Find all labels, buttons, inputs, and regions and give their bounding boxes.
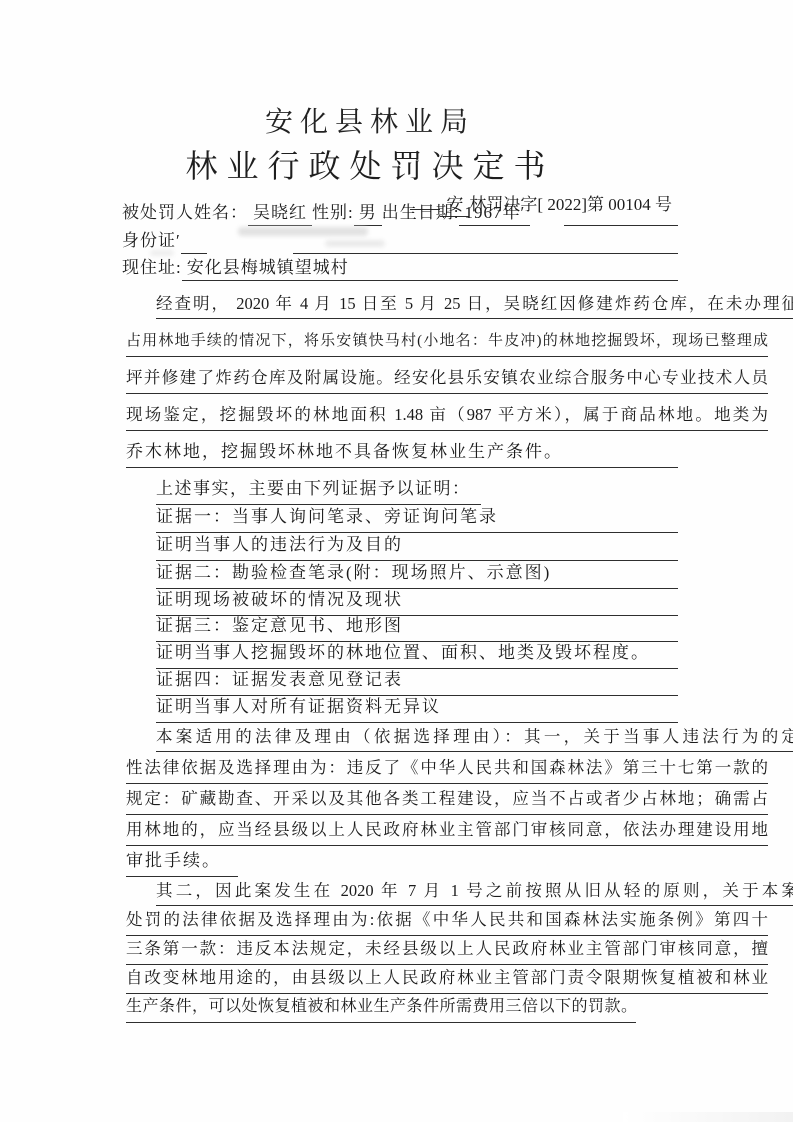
scanned-document-page: 安化县林业局 林业行政处罚决定书 安林罚决字[ 2022]第 00104 号 被…	[0, 0, 793, 1122]
name-value: 吴晓红	[248, 200, 312, 226]
penalized-person-row: 被处罚人姓名： 吴晓红 性别: 男 出生日期: 1967年′	[122, 200, 678, 226]
body-line: 证明当事人的违法行为及目的	[156, 530, 678, 561]
body-line: 占用林地手续的情况下，将乐安镇快马村(小地名：牛皮冲)的林地挖掘毁坏，现场已整理…	[126, 326, 768, 357]
dob-value: 1967年′	[459, 200, 530, 226]
body-line: 自改变林地用途的，由县级以上人民政府林业主管部门责令限期恢复植被和林业	[126, 963, 768, 994]
body-line: 乔木林地，挖掘毁坏林地不具备恢复林业生产条件。	[126, 437, 678, 468]
body-line: 处罚的法律依据及选择理由为:依据《中华人民共和国森林法实施条例》第四十	[126, 905, 768, 936]
erased-text-smudge	[325, 240, 385, 247]
gender-value: 男	[354, 200, 382, 226]
erased-text-smudge	[150, 250, 174, 256]
short-blank-underline	[181, 228, 207, 254]
address-value: 安化县梅城镇望城村	[182, 255, 678, 281]
scan-edge-shadow	[623, 1112, 793, 1122]
body-line: 本案适用的法律及理由（依据选择理由）：其一，关于当事人违法行为的定	[126, 722, 793, 752]
address-row: 现住址: 安化县梅城镇望城村	[122, 255, 678, 281]
body-line: 证明当事人对所有证据资料无异议	[156, 692, 678, 723]
body-line: 坪并修建了炸药仓库及附属设施。经安化县乐安镇农业综合服务中心专业技术人员	[126, 363, 768, 394]
agency-name: 安化县林业局	[0, 100, 740, 138]
gender-label: 性别:	[312, 200, 354, 226]
body-line: 用林地的，应当经县级以上人民政府林业主管部门审核同意，依法办理建设用地	[126, 815, 768, 846]
blank-underline	[564, 200, 678, 226]
body-line: 审批手续。	[126, 846, 238, 877]
body-line: 上述事实，主要由下列证据予以证明：	[156, 474, 481, 505]
body-line: 现场鉴定，挖掘毁坏的林地面积 1.48 亩（987 平方米），属于商品林地。地类…	[126, 400, 768, 431]
body-line: 生产条件，可以处恢复植被和林业生产条件所需费用三倍以下的罚款。	[126, 992, 636, 1023]
document-title: 林业行政处罚决定书	[0, 141, 740, 185]
body-line: 三条第一款：违反本法规定，未经县级以上人民政府林业主管部门审核同意，擅	[126, 934, 768, 965]
body-line: 其二，因此案发生在 2020 年 7 月 1 号之前按照从旧从轻的原则，关于本案	[126, 876, 793, 906]
spacer	[530, 200, 564, 226]
body-line: 证据一：当事人询问笔录、旁证询问笔录	[156, 502, 678, 533]
erased-text-smudge	[238, 227, 368, 236]
dob-label: 出生日期:	[382, 200, 460, 226]
address-label: 现住址:	[122, 255, 182, 281]
body-line: 经查明， 2020 年 4 月 15 日至 5 月 25 日，吴晓红因修建炸药仓…	[126, 289, 793, 319]
name-label: 被处罚人姓名：	[122, 200, 248, 226]
body-line: 规定：矿藏勘查、开采以及其他各类工程建设，应当不占或者少占林地；确需占	[126, 784, 768, 815]
id-number-row: 身份证′	[122, 228, 678, 254]
body-line: 性法律依据及选择理由为：违反了《中华人民共和国森林法》第三十七第一款的	[126, 753, 768, 784]
